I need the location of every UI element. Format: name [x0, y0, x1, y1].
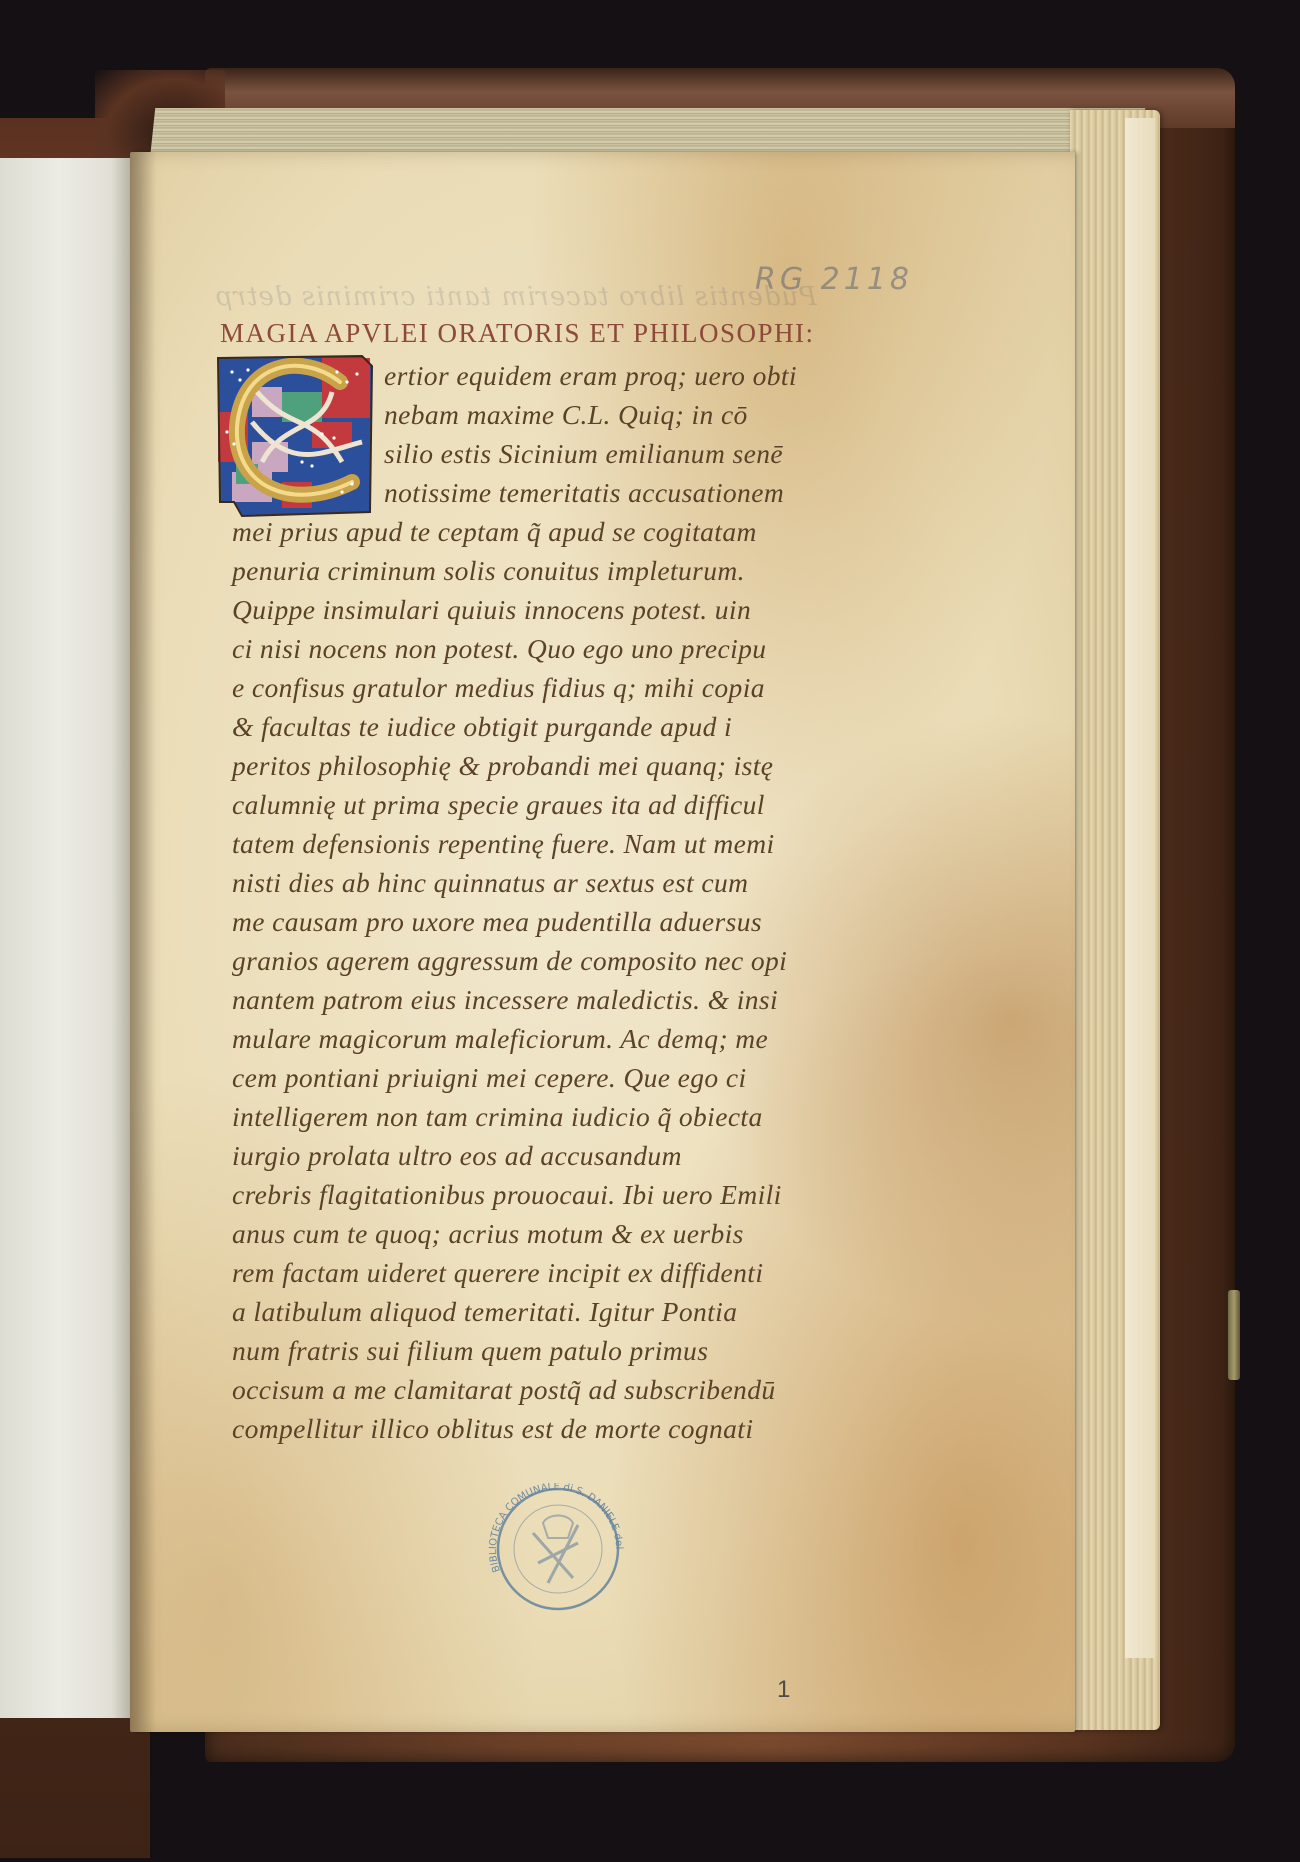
text-line: a latibulum aliquod temeritati. Igitur P… — [232, 1296, 737, 1328]
text-line: calumnię ut prima specie graues ita ad d… — [232, 789, 765, 821]
text-line: e confisus gratulor medius fidius q; mih… — [232, 672, 765, 704]
text-line: rem factam uideret querere incipit ex di… — [232, 1257, 763, 1289]
text-line: compellitur illico oblitus est de morte … — [232, 1413, 753, 1445]
endpaper-edge — [1125, 118, 1155, 1658]
text-line: num fratris sui filium quem patulo primu… — [232, 1335, 708, 1367]
page-stack-top-edge — [150, 108, 1145, 158]
text-line: notissime temeritatis accusationem — [384, 477, 784, 509]
illuminated-initial — [212, 352, 382, 520]
book-photograph: Pudentis libro tacerim tanti criminis de… — [0, 0, 1300, 1862]
text-line: tatem defensionis repentinę fuere. Nam u… — [232, 828, 775, 860]
svg-text:BIBLIOTECA COMUNALE di S. DANI: BIBLIOTECA COMUNALE di S. DANIELE del FR… — [478, 1483, 624, 1574]
flyleaf-left — [0, 158, 130, 1718]
text-line: peritos philosophię & probandi mei quanq… — [232, 750, 773, 782]
text-line: penuria criminum solis conuitus impletur… — [232, 555, 745, 587]
text-line: occisum a me clamitarat postq̃ ad subscr… — [232, 1374, 776, 1406]
text-line: anus cum te quoq; acrius motum & ex uerb… — [232, 1218, 744, 1250]
text-line: silio estis Sicinium emilianum senē — [384, 438, 783, 470]
gutter-shadow — [130, 152, 156, 1732]
text-line: granios agerem aggressum de composito ne… — [232, 945, 787, 977]
text-line: nisti dies ab hinc quinnatus ar sextus e… — [232, 867, 748, 899]
text-line: iurgio prolata ultro eos ad accusandum — [232, 1140, 682, 1172]
rubric-title: MAGIA APVLEI ORATORIS ET PHILOSOPHI: — [220, 318, 815, 349]
text-line: mei prius apud te ceptam q̃ apud se cogi… — [232, 516, 757, 548]
library-stamp: BIBLIOTECA COMUNALE di S. DANIELE del FR… — [478, 1483, 638, 1613]
text-line: me causam pro uxore mea pudentilla aduer… — [232, 906, 762, 938]
text-line: ertior equidem eram proq; uero obti — [384, 360, 797, 392]
text-line: intelligerem non tam crimina iudicio q̃ … — [232, 1101, 763, 1133]
text-line: nantem patrom eius incessere maledictis.… — [232, 984, 778, 1016]
text-line: crebris flagitationibus prouocaui. Ibi u… — [232, 1179, 782, 1211]
text-line: ci nisi nocens non potest. Quo ego uno p… — [232, 633, 766, 665]
show-through-text: Pudentis libro tacerim tanti criminis de… — [215, 282, 817, 312]
library-seal-icon: BIBLIOTECA COMUNALE di S. DANIELE del FR… — [478, 1483, 638, 1613]
text-line: Quippe insimulari quiuis innocens potest… — [232, 594, 751, 626]
clasp-fitting — [1228, 1290, 1240, 1380]
stamp-text: BIBLIOTECA COMUNALE di S. DANIELE del FR… — [478, 1483, 624, 1574]
folio-number: 1 — [777, 1676, 790, 1704]
text-line: & facultas te iudice obtigit purgande ap… — [232, 711, 732, 743]
text-line: nebam maxime C.L. Quiq; in cō — [384, 399, 748, 431]
text-line: cem pontiani priuigni mei cepere. Que eg… — [232, 1062, 747, 1094]
initial-c-icon — [212, 352, 382, 520]
text-line: mulare magicorum maleficiorum. Ac demq; … — [232, 1023, 768, 1055]
shelfmark: RG 2118 — [755, 262, 913, 297]
